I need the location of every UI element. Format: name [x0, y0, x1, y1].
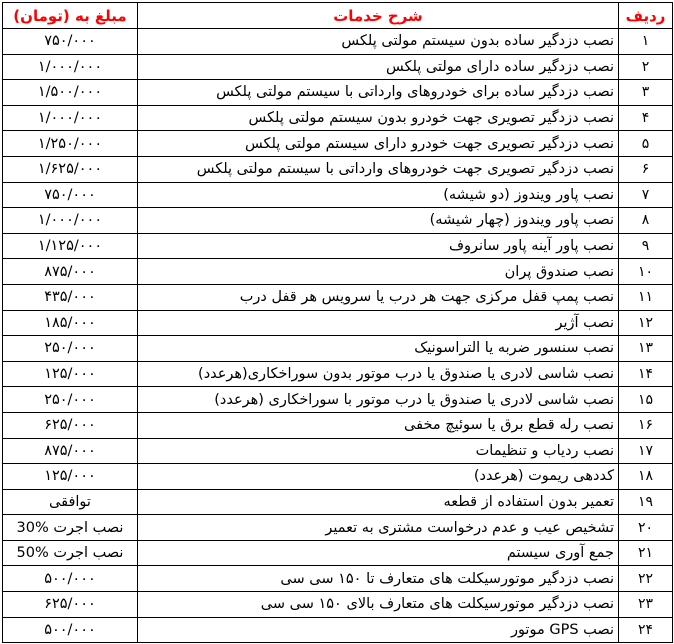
row-number-cell: ۷	[619, 182, 673, 208]
service-description-cell: نصب دزدگیر ساده بدون سیستم مولتی پلکس	[138, 29, 619, 55]
table-row: ۲۰تشخیص عیب و عدم درخواست مشتری به تعمیر…	[3, 515, 673, 541]
row-number-cell: ۱	[619, 29, 673, 55]
amount-cell: ۲۵۰/۰۰۰	[3, 336, 138, 362]
amount-cell: ۱/۲۵۰/۰۰۰	[3, 131, 138, 157]
row-number-cell: ۶	[619, 156, 673, 182]
table-row: ۱۶نصب رله قطع برق یا سوئیچ مخفی۶۲۵/۰۰۰	[3, 412, 673, 438]
row-number-cell: ۱۹	[619, 489, 673, 515]
row-number-cell: ۱۳	[619, 336, 673, 362]
table-row: ۱۲نصب آژیر۱۸۵/۰۰۰	[3, 310, 673, 336]
table-row: ۹نصب پاور آینه پاور سانروف۱/۱۲۵/۰۰۰	[3, 233, 673, 259]
row-number-cell: ۸	[619, 208, 673, 234]
service-description-cell: نصب پاور آینه پاور سانروف	[138, 233, 619, 259]
amount-cell: ۵۰۰/۰۰۰	[3, 566, 138, 592]
service-description-cell: نصب دزدگیر تصویری جهت خودروهای وارداتی ب…	[138, 156, 619, 182]
service-description-cell: نصب ردیاب و تنظیمات	[138, 438, 619, 464]
table-row: ۱۴نصب شاسی لادری یا صندوق یا درب موتور ب…	[3, 361, 673, 387]
service-description-cell: نصب پاور ویندوز (دو شیشه)	[138, 182, 619, 208]
service-description-cell: نصب پاور ویندوز (چهار شیشه)	[138, 208, 619, 234]
table-row: ۷نصب پاور ویندوز (دو شیشه)۷۵۰/۰۰۰	[3, 182, 673, 208]
amount-cell: ۲۵۰/۰۰۰	[3, 387, 138, 413]
table-row: ۸نصب پاور ویندوز (چهار شیشه)۱/۰۰۰/۰۰۰	[3, 208, 673, 234]
amount-cell: نصب اجرت %30	[3, 515, 138, 541]
amount-cell: ۸۷۵/۰۰۰	[3, 259, 138, 285]
amount-cell: ۶۲۵/۰۰۰	[3, 592, 138, 618]
service-description-cell: نصب دزدگیر تصویری جهت خودرو بدون سیستم م…	[138, 105, 619, 131]
row-number-cell: ۱۷	[619, 438, 673, 464]
row-number-cell: ۱۶	[619, 412, 673, 438]
amount-cell: ۱۸۵/۰۰۰	[3, 310, 138, 336]
amount-cell: ۷۵۰/۰۰۰	[3, 29, 138, 55]
table-row: ۲۲نصب دزدگیر موتورسیکلت های متعارف تا ۱۵…	[3, 566, 673, 592]
table-row: ۵نصب دزدگیر تصویری جهت خودرو دارای سیستم…	[3, 131, 673, 157]
table-row: ۲نصب دزدگیر ساده دارای مولتی پلکس۱/۰۰۰/۰…	[3, 54, 673, 80]
amount-cell: ۷۵۰/۰۰۰	[3, 182, 138, 208]
service-description-cell: نصب دزدگیر ساده دارای مولتی پلکس	[138, 54, 619, 80]
service-description-cell: نصب دزدگیر موتورسیکلت های متعارف بالای ۱…	[138, 592, 619, 618]
table-row: ۲۴نصب GPS موتور۵۰۰/۰۰۰	[3, 617, 673, 643]
table-row: ۱۰نصب صندوق پران۸۷۵/۰۰۰	[3, 259, 673, 285]
amount-cell: ۵۰۰/۰۰۰	[3, 617, 138, 643]
amount-cell: ۴۳۵/۰۰۰	[3, 284, 138, 310]
table-row: ۱۵نصب شاسی لادری یا صندوق یا درب موتور ب…	[3, 387, 673, 413]
row-number-cell: ۱۴	[619, 361, 673, 387]
row-number-cell: ۹	[619, 233, 673, 259]
service-description-cell: نصب رله قطع برق یا سوئیچ مخفی	[138, 412, 619, 438]
row-number-cell: ۲	[619, 54, 673, 80]
amount-cell: ۶۲۵/۰۰۰	[3, 412, 138, 438]
service-description-cell: نصب شاسی لادری یا صندوق یا درب موتور با …	[138, 387, 619, 413]
table-row: ۱۸کددهی ریموت (هرعدد)۱۲۵/۰۰۰	[3, 464, 673, 490]
row-number-cell: ۲۱	[619, 540, 673, 566]
service-description-cell: نصب GPS موتور	[138, 617, 619, 643]
service-description-cell: نصب دزدگیر تصویری جهت خودرو دارای سیستم …	[138, 131, 619, 157]
row-number-cell: ۵	[619, 131, 673, 157]
amount-cell: ۱/۰۰۰/۰۰۰	[3, 208, 138, 234]
table-row: ۱۱نصب پمپ قفل مرکزی جهت هر درب یا سرویس …	[3, 284, 673, 310]
service-description-cell: جمع آوری سیستم	[138, 540, 619, 566]
service-description-cell: کددهی ریموت (هرعدد)	[138, 464, 619, 490]
amount-cell: ۸۷۵/۰۰۰	[3, 438, 138, 464]
row-number-cell: ۱۵	[619, 387, 673, 413]
row-number-cell: ۴	[619, 105, 673, 131]
service-description-cell: تعمیر بدون استفاده از قطعه	[138, 489, 619, 515]
column-header-amount: مبلغ به (تومان)	[3, 3, 138, 29]
amount-cell: ۱/۱۲۵/۰۰۰	[3, 233, 138, 259]
amount-cell: ۱/۵۰۰/۰۰۰	[3, 80, 138, 106]
table-row: ۱۳نصب سنسور ضربه یا التراسونیک۲۵۰/۰۰۰	[3, 336, 673, 362]
row-number-cell: ۲۲	[619, 566, 673, 592]
row-number-cell: ۱۰	[619, 259, 673, 285]
service-description-cell: نصب آژیر	[138, 310, 619, 336]
service-description-cell: نصب صندوق پران	[138, 259, 619, 285]
table-header-row: ردیف شرح خدمات مبلغ به (تومان)	[3, 3, 673, 29]
row-number-cell: ۲۳	[619, 592, 673, 618]
service-description-cell: نصب پمپ قفل مرکزی جهت هر درب یا سرویس هر…	[138, 284, 619, 310]
table-row: ۱۹تعمیر بدون استفاده از قطعهتوافقی	[3, 489, 673, 515]
service-description-cell: نصب دزدگیر موتورسیکلت های متعارف تا ۱۵۰ …	[138, 566, 619, 592]
amount-cell: ۱۲۵/۰۰۰	[3, 464, 138, 490]
amount-cell: نصب اجرت %50	[3, 540, 138, 566]
table-row: ۳نصب دزدگیر ساده برای خودروهای وارداتی ب…	[3, 80, 673, 106]
row-number-cell: ۱۲	[619, 310, 673, 336]
service-description-cell: نصب شاسی لادری یا صندوق یا درب موتور بدو…	[138, 361, 619, 387]
service-description-cell: تشخیص عیب و عدم درخواست مشتری به تعمیر	[138, 515, 619, 541]
price-list-page: ردیف شرح خدمات مبلغ به (تومان) ۱نصب دزدگ…	[0, 0, 674, 644]
amount-cell: ۱۲۵/۰۰۰	[3, 361, 138, 387]
amount-cell: ۱/۶۲۵/۰۰۰	[3, 156, 138, 182]
amount-cell: ۱/۰۰۰/۰۰۰	[3, 54, 138, 80]
amount-cell: توافقی	[3, 489, 138, 515]
row-number-cell: ۳	[619, 80, 673, 106]
table-row: ۲۳نصب دزدگیر موتورسیکلت های متعارف بالای…	[3, 592, 673, 618]
service-description-cell: نصب دزدگیر ساده برای خودروهای وارداتی با…	[138, 80, 619, 106]
table-row: ۱نصب دزدگیر ساده بدون سیستم مولتی پلکس۷۵…	[3, 29, 673, 55]
row-number-cell: ۲۴	[619, 617, 673, 643]
row-number-cell: ۲۰	[619, 515, 673, 541]
service-price-table: ردیف شرح خدمات مبلغ به (تومان) ۱نصب دزدگ…	[2, 2, 673, 643]
table-row: ۲۱جمع آوری سیستمنصب اجرت %50	[3, 540, 673, 566]
service-description-cell: نصب سنسور ضربه یا التراسونیک	[138, 336, 619, 362]
column-header-row-number: ردیف	[619, 3, 673, 29]
amount-cell: ۱/۰۰۰/۰۰۰	[3, 105, 138, 131]
table-row: ۶نصب دزدگیر تصویری جهت خودروهای وارداتی …	[3, 156, 673, 182]
table-row: ۴نصب دزدگیر تصویری جهت خودرو بدون سیستم …	[3, 105, 673, 131]
column-header-service: شرح خدمات	[138, 3, 619, 29]
table-body: ۱نصب دزدگیر ساده بدون سیستم مولتی پلکس۷۵…	[3, 29, 673, 643]
row-number-cell: ۱۱	[619, 284, 673, 310]
table-row: ۱۷نصب ردیاب و تنظیمات۸۷۵/۰۰۰	[3, 438, 673, 464]
row-number-cell: ۱۸	[619, 464, 673, 490]
